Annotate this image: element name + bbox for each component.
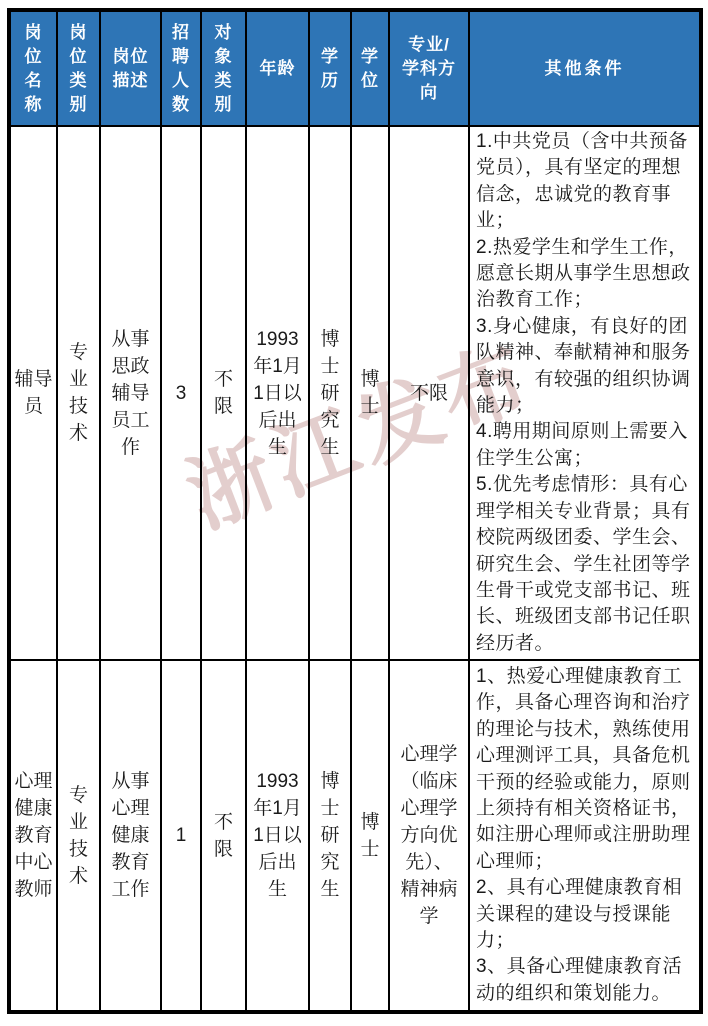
cell-post-category: 专 业 技 术 — [57, 126, 100, 660]
cell-post-name: 辅导 员 — [9, 126, 57, 660]
cell-age: 1993 年1月 1日以 后出 生 — [246, 660, 309, 1012]
cell-education: 博 士 研 究 生 — [309, 660, 351, 1012]
header-age: 年龄 — [246, 10, 309, 126]
cell-recruit-count: 1 — [161, 660, 201, 1012]
cell-post-description: 从事 思政 辅导 员工 作 — [100, 126, 161, 660]
cell-target-category: 不 限 — [201, 660, 246, 1012]
cell-other-conditions: 1、热爱心理健康教育工作，具备心理咨询和治疗的理论与技术，熟练使用心理测评工具，… — [469, 660, 701, 1012]
header-education: 学 历 — [309, 10, 351, 126]
cell-other-conditions: 1.中共党员（含中共预备党员），具有坚定的理想信念，忠诚党的教育事业； 2.热爱… — [469, 126, 701, 660]
cell-post-description: 从事 心理 健康 教育 工作 — [100, 660, 161, 1012]
recruitment-table: 岗 位 名 称 岗 位 类 别 岗位 描述 招 聘 人 数 对 象 类 别 年龄… — [7, 8, 703, 1014]
cell-age: 1993 年1月 1日以 后出 生 — [246, 126, 309, 660]
cell-target-category: 不 限 — [201, 126, 246, 660]
cell-recruit-count: 3 — [161, 126, 201, 660]
cell-education: 博 士 研 究 生 — [309, 126, 351, 660]
announcement-page: 浙江发布 岗 位 名 称 岗 位 类 别 岗位 描述 招 聘 人 数 对 象 类… — [0, 0, 708, 1026]
cell-post-name: 心理 健康 教育 中心 教师 — [9, 660, 57, 1012]
header-other-conditions: 其他条件 — [469, 10, 701, 126]
table-header-row: 岗 位 名 称 岗 位 类 别 岗位 描述 招 聘 人 数 对 象 类 别 年龄… — [9, 10, 701, 126]
cell-degree: 博 士 — [351, 126, 389, 660]
header-post-description: 岗位 描述 — [100, 10, 161, 126]
header-recruit-count: 招 聘 人 数 — [161, 10, 201, 126]
table-row-psych-teacher: 心理 健康 教育 中心 教师 专 业 技 术 从事 心理 健康 教育 工作 1 … — [9, 660, 701, 1012]
cell-post-category: 专 业 技 术 — [57, 660, 100, 1012]
header-post-category: 岗 位 类 别 — [57, 10, 100, 126]
header-degree: 学 位 — [351, 10, 389, 126]
header-major-direction: 专业/ 学科方 向 — [389, 10, 469, 126]
header-post-name: 岗 位 名 称 — [9, 10, 57, 126]
cell-major-direction: 心理学 （临床 心理学 方向优 先）、 精神病 学 — [389, 660, 469, 1012]
table-row-counselor: 辅导 员 专 业 技 术 从事 思政 辅导 员工 作 3 不 限 1993 年1… — [9, 126, 701, 660]
cell-major-direction: 不限 — [389, 126, 469, 660]
cell-degree: 博 士 — [351, 660, 389, 1012]
header-target-category: 对 象 类 别 — [201, 10, 246, 126]
